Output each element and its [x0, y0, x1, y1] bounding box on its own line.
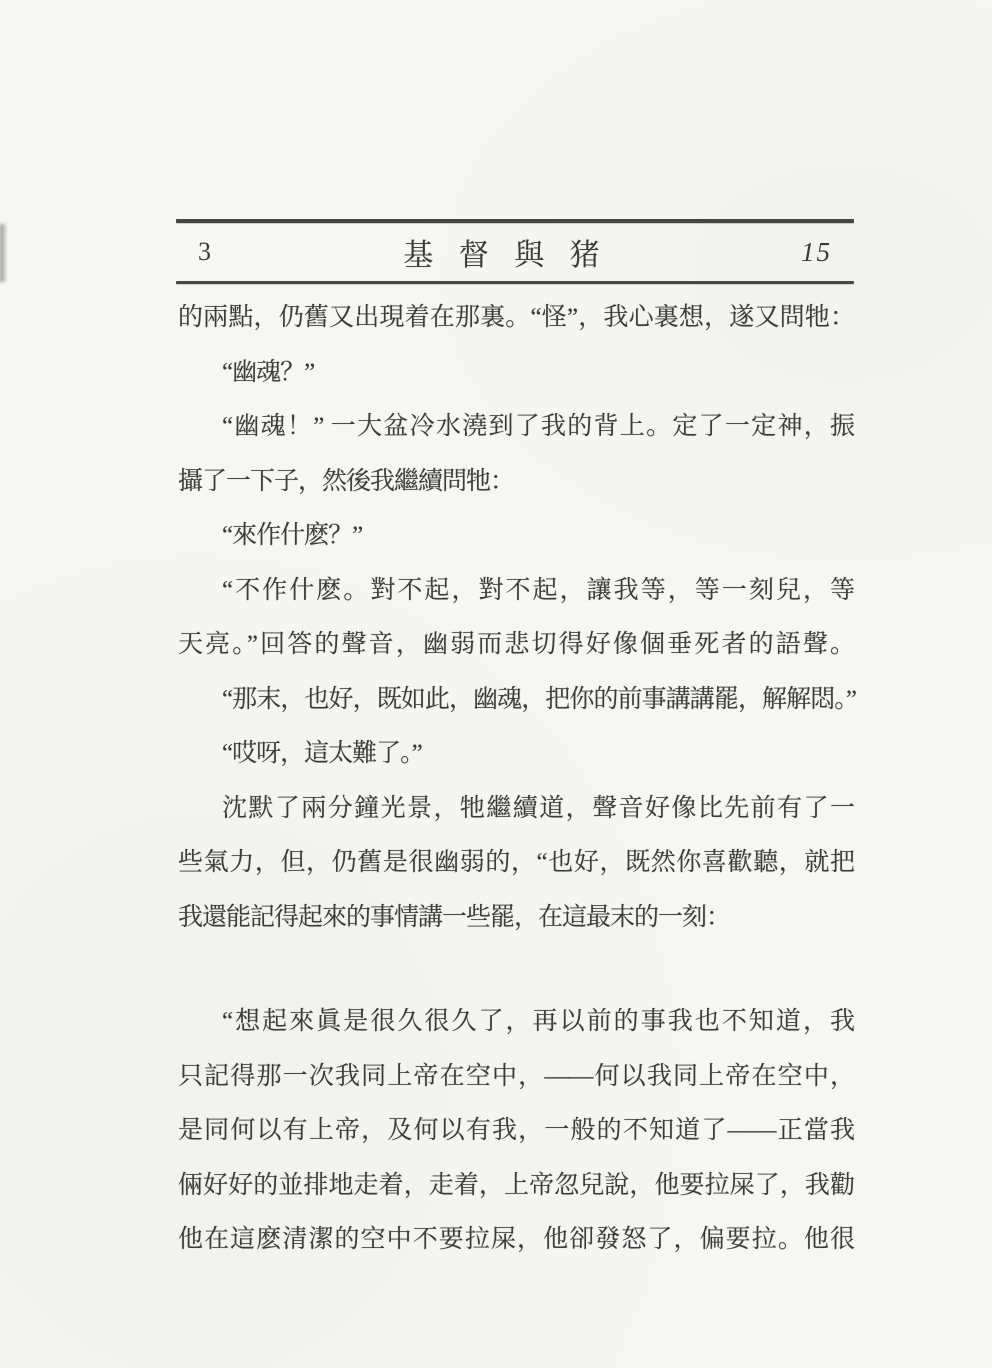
text-lines: 的兩點，仍舊又出現着在那裏。“怪”，我心裏想，遂又問牠：“幽魂？”“幽魂！” 一… — [178, 291, 854, 1268]
text-line: 些氣力，但，仍舊是很幽弱的，“也好，既然你喜歡聽，就把 — [178, 836, 854, 891]
text-line: “幽魂！” 一大盆冷水澆到了我的背上。定了一定神，振 — [178, 400, 854, 455]
chapter-number: 3 — [198, 237, 211, 267]
book-page: 3 基 督 與 猪 15 的兩點，仍舊又出現着在那裏。“怪”，我心裏想，遂又問牠… — [0, 0, 992, 1368]
section-gap — [178, 945, 854, 995]
text-line: 攝了一下子，然後我繼續問牠： — [178, 455, 854, 510]
text-line: “來作什麽？” — [178, 509, 854, 564]
text-line: “那末，也好，既如此，幽魂，把你的前事講講罷，解解悶。” — [178, 673, 854, 728]
text-line: 天亮。”回答的聲音，幽弱而悲切得好像個垂死者的語聲。 — [178, 618, 854, 673]
page-number: 15 — [801, 237, 832, 268]
text-line: 我還能記得起來的事情講一些罷，在這最末的一刻： — [178, 891, 854, 946]
scan-edge-artifact — [0, 224, 7, 282]
text-line: “哎呀，這太難了。” — [178, 727, 854, 782]
text-line: 倆好好的並排地走着，走着，上帝忽兒說，他要拉屎了，我勸 — [178, 1159, 854, 1214]
text-line: 他在這麽清潔的空中不要拉屎，他卻發怒了，偏要拉。他很 — [178, 1213, 854, 1268]
running-head: 3 基 督 與 猪 15 — [176, 219, 854, 284]
text-line: 是同何以有上帝，及何以有我，一般的不知道了——正當我 — [178, 1104, 854, 1159]
text-line: “幽魂？” — [178, 346, 854, 401]
text-line: 只記得那一次我同上帝在空中，——何以我同上帝在空中， — [178, 1050, 854, 1105]
text-line: 沈默了兩分鐘光景，牠繼續道，聲音好像比先前有了一 — [178, 782, 854, 837]
book-title: 基 督 與 猪 — [403, 230, 609, 274]
text-line: “想起來眞是很久很久了，再以前的事我也不知道，我 — [178, 995, 854, 1050]
text-line: “不作什麽。對不起，對不起，讓我等，等一刻兒，等 — [178, 564, 854, 619]
header-rule-bottom — [176, 281, 854, 284]
text-line: 的兩點，仍舊又出現着在那裏。“怪”，我心裏想，遂又問牠： — [178, 291, 854, 346]
header-row: 3 基 督 與 猪 15 — [176, 223, 854, 281]
